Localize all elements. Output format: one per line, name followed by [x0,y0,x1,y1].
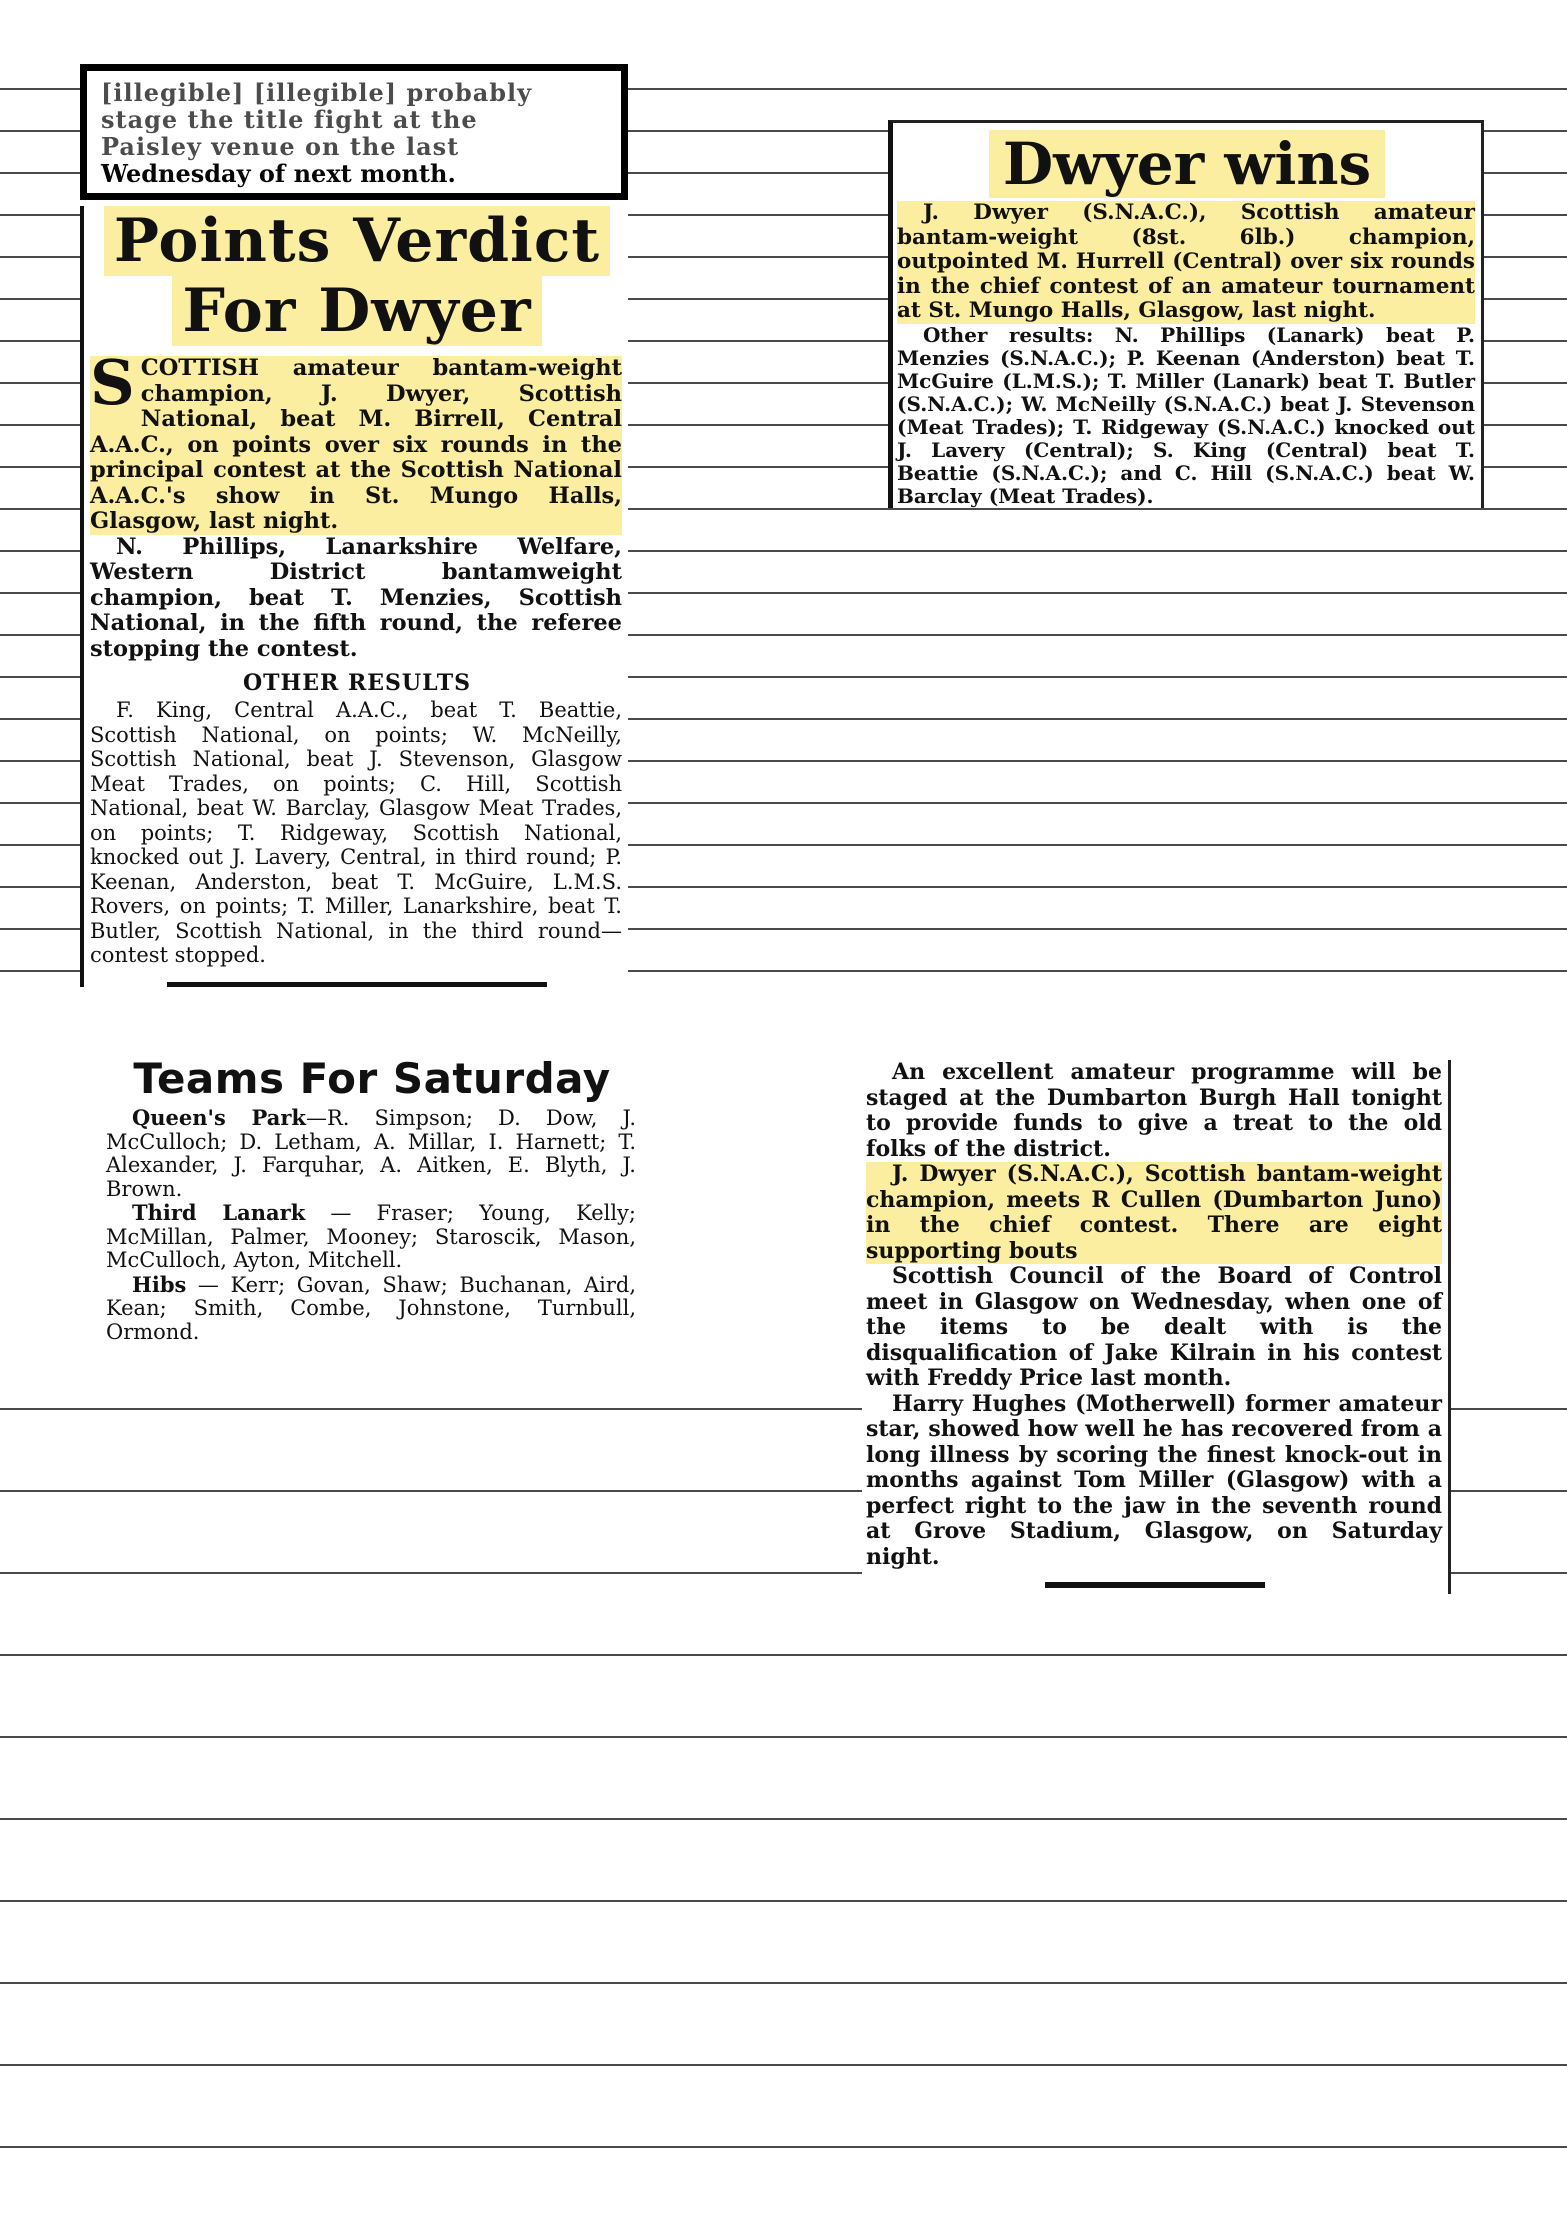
teaser-line: [illegible] [illegible] probably [101,79,607,106]
team-entry: Queen's Park—R. Simpson; D. Dow, J. McCu… [106,1106,636,1201]
ruled-line [0,1818,1567,1820]
clipping-teams-for-saturday: Teams For Saturday Queen's Park—R. Simps… [102,1050,642,1344]
teaser-line: stage the title fight at the [101,106,607,133]
clipping-dwyer-wins: Dwyer wins J. Dwyer (S.N.A.C.), Scottish… [888,120,1484,508]
team-entry: Third Lanark — Fraser; Young, Kelly; McM… [106,1201,636,1273]
team-entry: Hibs — Kerr; Govan, Shaw; Buchanan, Aird… [106,1273,636,1345]
teaser-line: Paisley venue on the last [101,133,607,160]
headline: Points Verdict For Dwyer [86,206,628,346]
ruled-line [0,2146,1567,2148]
other-results: F. King, Central A.A.C., beat T. Beattie… [86,698,628,968]
divider [167,982,547,987]
ruled-line [0,1654,1567,1656]
ruled-line [0,1736,1567,1738]
note-paragraph: Scottish Council of the Board of Control… [866,1264,1442,1392]
clipping-news-notes: An excellent amateur programme will be s… [862,1060,1451,1594]
note-paragraph: An excellent amateur programme will be s… [866,1060,1442,1162]
divider [1045,1582,1265,1588]
notes-body: An excellent amateur programme will be s… [862,1060,1448,1570]
article-body: SCOTTISH amateur bantam-weight champion,… [86,356,628,662]
headline-line-2: For Dwyer [172,276,541,346]
clipping-points-verdict: [illegible] [illegible] probably stage t… [80,64,628,995]
lead-paragraph: J. Dwyer (S.N.A.C.), Scottish amateur ba… [897,201,1475,324]
lead-paragraph: SCOTTISH amateur bantam-weight champion,… [90,356,622,535]
teaser-box: [illegible] [illegible] probably stage t… [80,64,628,200]
other-results-heading: OTHER RESULTS [86,670,628,696]
teams-list: Queen's Park—R. Simpson; D. Dow, J. McCu… [102,1106,642,1344]
note-paragraph-highlighted: J. Dwyer (S.N.A.C.), Scottish bantam-wei… [866,1162,1442,1264]
teaser-line: Wednesday of next month. [101,160,607,187]
second-paragraph: N. Phillips, Lanarkshire Welfare, Wester… [90,535,622,663]
ruled-line [0,1900,1567,1902]
article-body: J. Dwyer (S.N.A.C.), Scottish amateur ba… [893,201,1481,324]
drop-cap: S [90,358,135,408]
other-results: Other results: N. Phillips (Lanark) beat… [893,324,1481,508]
note-paragraph: Harry Hughes (Motherwell) former amateur… [866,1392,1442,1571]
headline: Dwyer wins [893,131,1481,197]
teams-title: Teams For Saturday [102,1054,642,1104]
ruled-line [0,2064,1567,2066]
headline-line-1: Points Verdict [104,206,610,276]
ruled-line [0,1982,1567,1984]
